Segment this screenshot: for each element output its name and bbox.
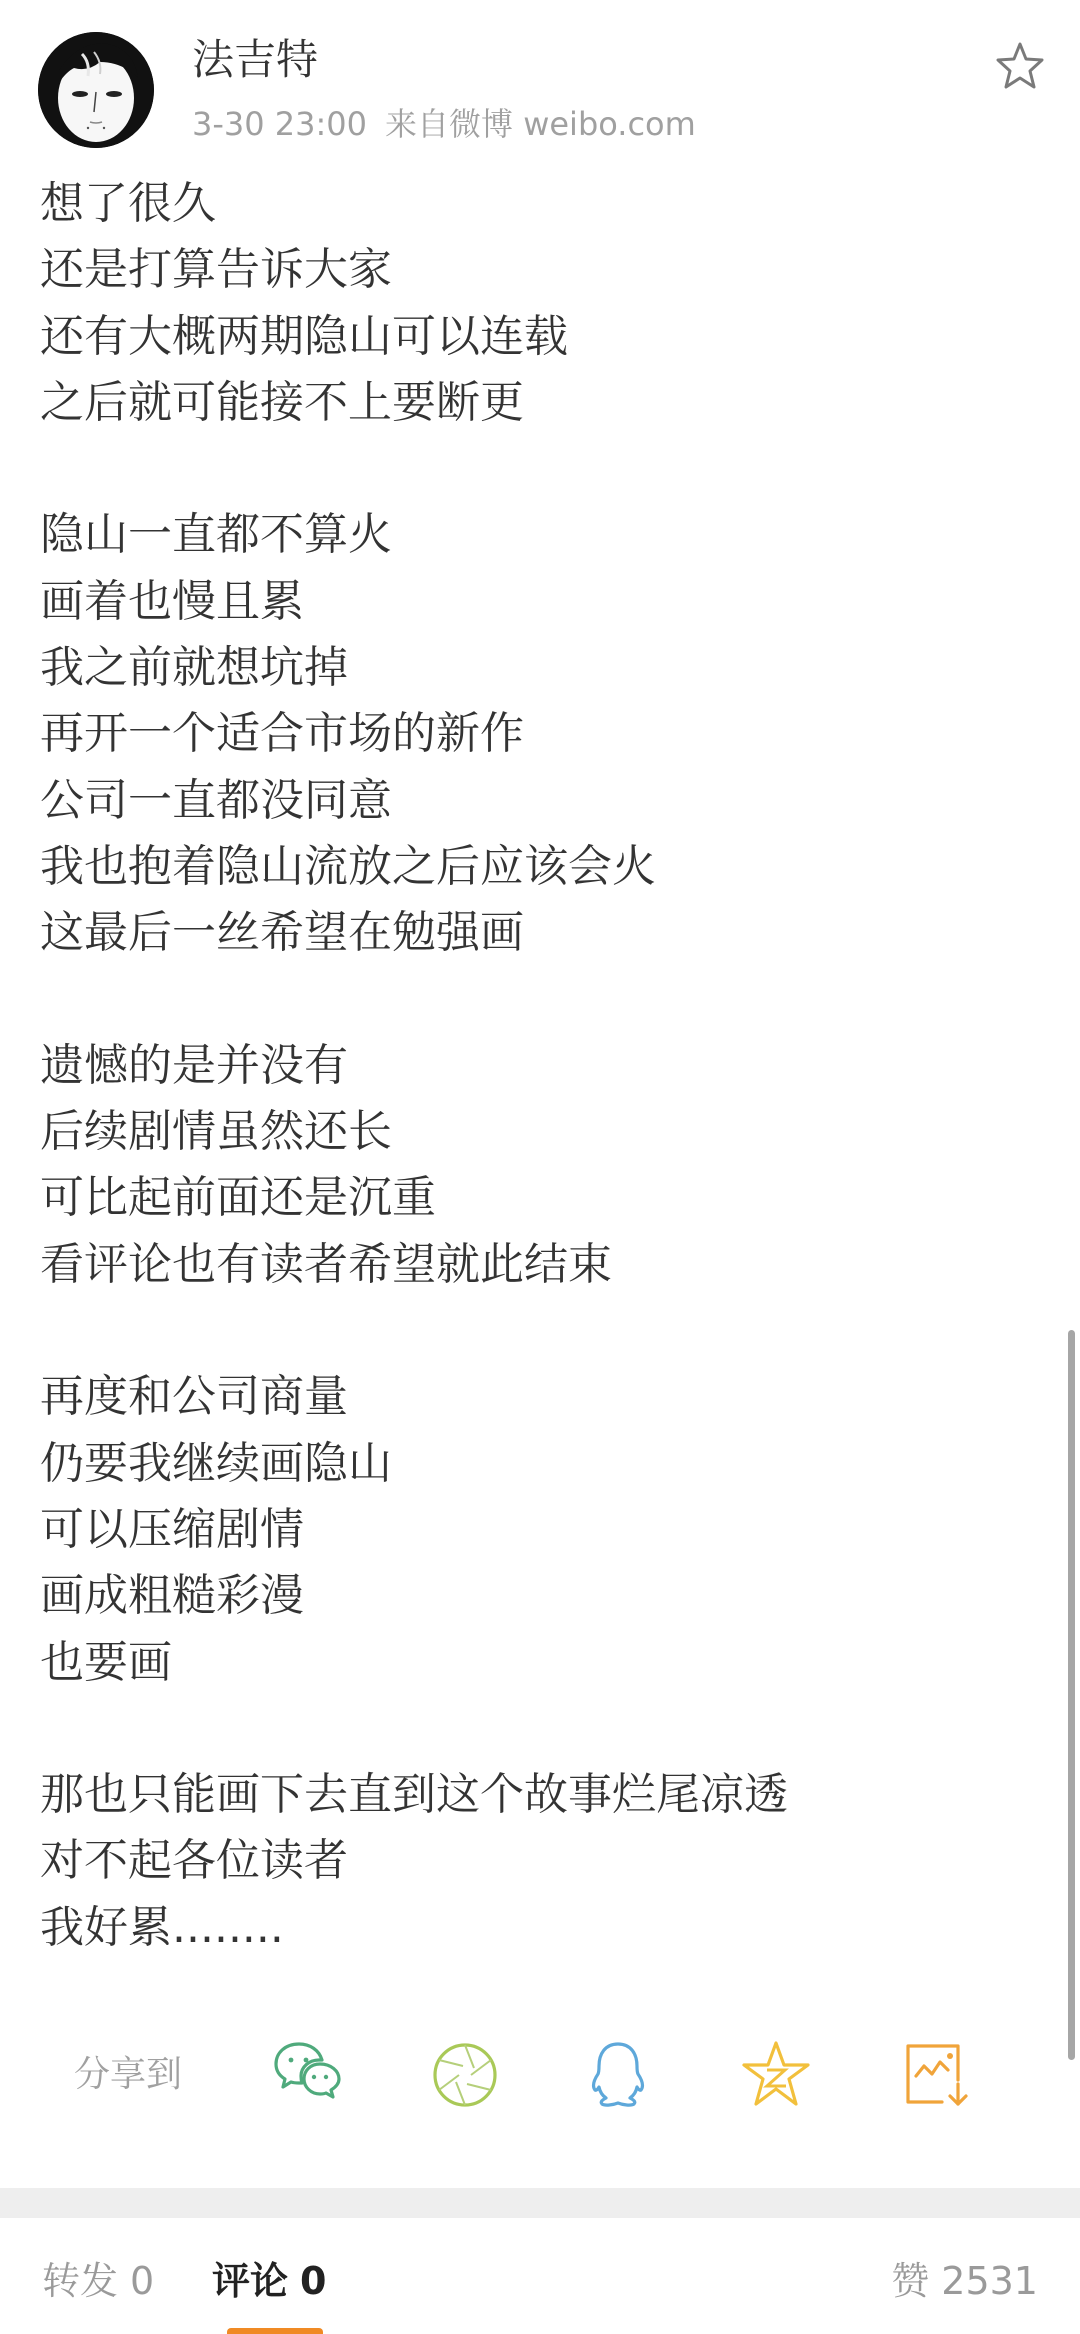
active-tab-indicator [227,2328,323,2334]
share-row: 分享到 [0,2030,1080,2120]
author-name[interactable]: 法吉特 [192,34,318,86]
post-line: 再度和公司商量 [40,1364,1040,1430]
favorite-button[interactable] [994,40,1046,92]
post-line: 这最后一丝希望在勉强画 [40,900,1040,966]
tab-like-count: 2531 [941,2259,1038,2303]
post-line-blank [40,1298,1040,1364]
post-line: 可以压缩剧情 [40,1497,1040,1563]
wechat-icon [273,2040,343,2110]
post-header: 法吉特 3-30 23:00来自微博 weibo.com [0,0,1080,160]
post-line: 画成粗糙彩漫 [40,1563,1040,1629]
tab-comment[interactable]: 评论0 [212,2256,326,2306]
post-line: 还有大概两期隐山可以连载 [40,304,1040,370]
share-qq-button[interactable] [583,2040,653,2110]
post-line: 那也只能画下去直到这个故事烂尾凉透 [40,1762,1040,1828]
tab-repost-count: 0 [130,2259,154,2303]
post-source: 来自微博 weibo.com [385,105,696,143]
post-line: 看评论也有读者希望就此结束 [40,1232,1040,1298]
tab-comment-label: 评论 [212,2259,288,2303]
interaction-tabs: 转发0 评论0 赞2531 [0,2218,1080,2334]
post-line: 我也抱着隐山流放之后应该会火 [40,834,1040,900]
post-line: 之后就可能接不上要断更 [40,370,1040,436]
share-wechat-button[interactable] [273,2040,343,2110]
avatar[interactable] [38,32,154,148]
post-line: 想了很久 [40,171,1040,237]
post-timestamp: 3-30 23:00 [192,105,367,143]
post-line: 公司一直都没同意 [40,768,1040,834]
share-label: 分享到 [74,2052,182,2098]
post-line-blank [40,967,1040,1033]
post-line: 再开一个适合市场的新作 [40,701,1040,767]
post-line: 遗憾的是并没有 [40,1033,1040,1099]
section-divider [0,2188,1080,2218]
post-line: 画着也慢且累 [40,569,1040,635]
tab-like-label: 赞 [891,2259,929,2303]
avatar-icon [38,32,154,148]
post-line-blank [40,1696,1040,1762]
moments-icon [430,2040,500,2110]
post-line-blank [40,436,1040,502]
share-qzone-button[interactable] [741,2040,811,2110]
qzone-icon [741,2040,811,2110]
post-line: 仍要我继续画隐山 [40,1431,1040,1497]
tab-comment-count: 0 [300,2259,326,2303]
post-line: 我好累........ [40,1895,1040,1961]
save-image-button[interactable] [900,2040,970,2110]
scrollbar[interactable] [1068,1330,1075,2060]
post-line: 也要画 [40,1630,1040,1696]
post-line: 对不起各位读者 [40,1828,1040,1894]
tab-repost-label: 转发 [42,2259,118,2303]
qq-icon [583,2040,653,2110]
post-line: 后续剧情虽然还长 [40,1099,1040,1165]
post-line: 还是打算告诉大家 [40,237,1040,303]
post-meta: 3-30 23:00来自微博 weibo.com [192,104,696,144]
post-line: 隐山一直都不算火 [40,502,1040,568]
tab-repost[interactable]: 转发0 [42,2256,154,2306]
post-line: 我之前就想坑掉 [40,635,1040,701]
tab-like[interactable]: 赞2531 [891,2256,1038,2306]
post-body: 想了很久 还是打算告诉大家 还有大概两期隐山可以连载 之后就可能接不上要断更 隐… [40,171,1040,1961]
share-moments-button[interactable] [430,2040,500,2110]
star-outline-icon [994,40,1046,92]
post-line: 可比起前面还是沉重 [40,1165,1040,1231]
save-image-icon [900,2040,970,2110]
